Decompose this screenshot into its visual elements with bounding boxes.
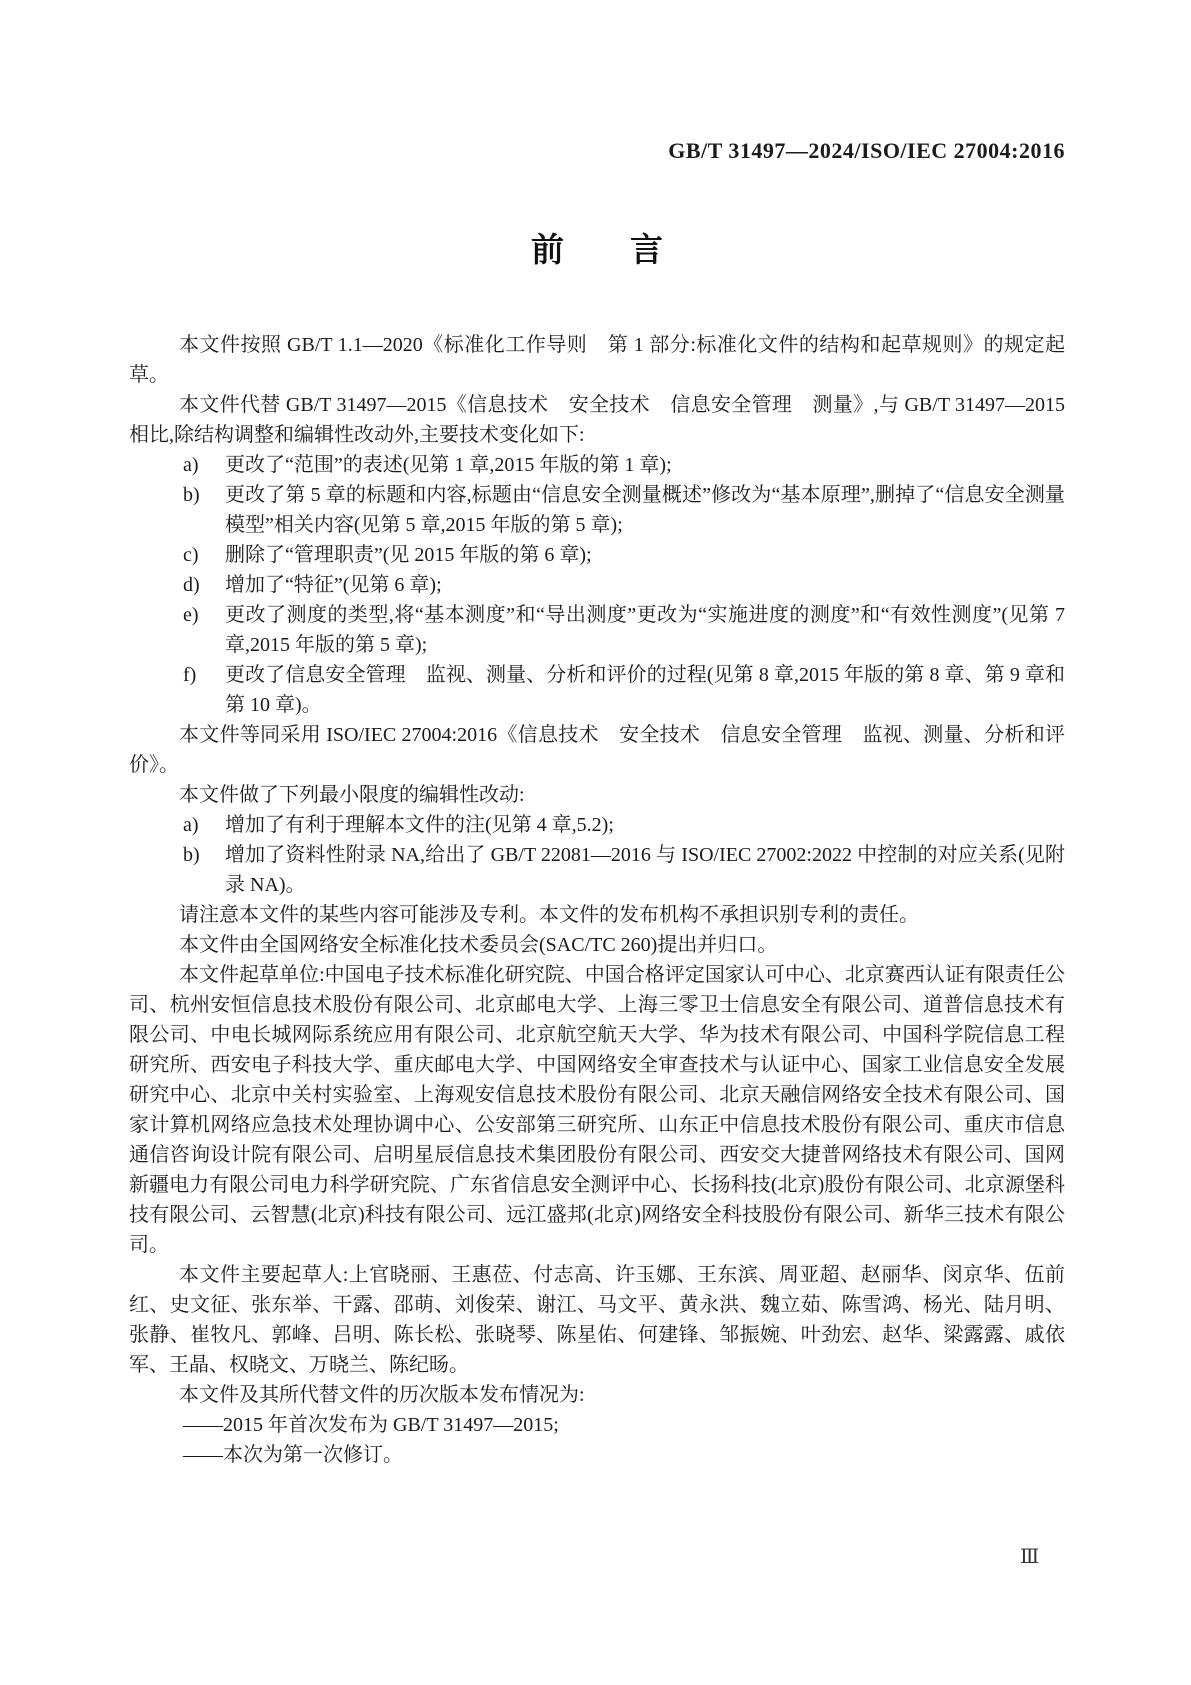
list-item-text: 更改了“范围”的表述(见第 1 章,2015 年版的第 1 章);	[225, 454, 672, 476]
history-item-current-revision: ——本次为第一次修订。	[129, 1440, 1065, 1470]
list-item-label: d)	[183, 570, 200, 600]
change-item-e: e) 更改了测度的类型,将“基本测度”和“导出测度”更改为“实施进度的测度”和“…	[129, 600, 1065, 660]
foreword-body: 本文件按照 GB/T 1.1—2020《标准化工作导则 第 1 部分:标准化文件…	[129, 330, 1065, 1470]
paragraph-history-intro: 本文件及其所代替文件的历次版本发布情况为:	[129, 1380, 1065, 1410]
list-item-label: c)	[183, 540, 199, 570]
list-item-label: f)	[183, 660, 196, 690]
editorial-item-b: b) 增加了资料性附录 NA,给出了 GB/T 22081—2016 与 ISO…	[129, 840, 1065, 900]
list-item-label: b)	[183, 840, 200, 870]
change-item-b: b) 更改了第 5 章的标题和内容,标题由“信息安全测量概述”修改为“基本原理”…	[129, 480, 1065, 540]
list-item-text: 增加了“特征”(见第 6 章);	[225, 574, 442, 596]
list-item-text: 删除了“管理职责”(见 2015 年版的第 6 章);	[225, 544, 592, 566]
standard-number-header: GB/T 31497—2024/ISO/IEC 27004:2016	[129, 138, 1065, 164]
list-item-text: 增加了资料性附录 NA,给出了 GB/T 22081—2016 与 ISO/IE…	[225, 844, 1065, 896]
list-item-text: 增加了有利于理解本文件的注(见第 4 章,5.2);	[225, 814, 614, 836]
document-page: GB/T 31497—2024/ISO/IEC 27004:2016 前 言 本…	[0, 0, 1191, 1685]
change-item-a: a) 更改了“范围”的表述(见第 1 章,2015 年版的第 1 章);	[129, 450, 1065, 480]
paragraph-editorial-intro: 本文件做了下列最小限度的编辑性改动:	[129, 780, 1065, 810]
paragraph-patent-notice: 请注意本文件的某些内容可能涉及专利。本文件的发布机构不承担识别专利的责任。	[129, 900, 1065, 930]
paragraph-committee: 本文件由全国网络安全标准化技术委员会(SAC/TC 260)提出并归口。	[129, 930, 1065, 960]
paragraph-adoption: 本文件等同采用 ISO/IEC 27004:2016《信息技术 安全技术 信息安…	[129, 720, 1065, 780]
change-item-c: c) 删除了“管理职责”(见 2015 年版的第 6 章);	[129, 540, 1065, 570]
paragraph-replaces: 本文件代替 GB/T 31497—2015《信息技术 安全技术 信息安全管理 测…	[129, 390, 1065, 450]
paragraph-drafting-rule: 本文件按照 GB/T 1.1—2020《标准化工作导则 第 1 部分:标准化文件…	[129, 330, 1065, 390]
paragraph-drafters: 本文件主要起草人:上官晓丽、王惠莅、付志高、许玉娜、王东滨、周亚超、赵丽华、闵京…	[129, 1260, 1065, 1380]
list-item-label: b)	[183, 480, 200, 510]
paragraph-drafting-organizations: 本文件起草单位:中国电子技术标准化研究院、中国合格评定国家认可中心、北京赛西认证…	[129, 960, 1065, 1260]
list-item-label: a)	[183, 810, 199, 840]
history-item-2015: ——2015 年首次发布为 GB/T 31497—2015;	[129, 1410, 1065, 1440]
list-item-text: 更改了第 5 章的标题和内容,标题由“信息安全测量概述”修改为“基本原理”,删掉…	[225, 484, 1065, 536]
page-number: Ⅲ	[1020, 1544, 1039, 1569]
list-item-text: 更改了测度的类型,将“基本测度”和“导出测度”更改为“实施进度的测度”和“有效性…	[225, 604, 1065, 656]
change-item-f: f) 更改了信息安全管理 监视、测量、分析和评价的过程(见第 8 章,2015 …	[129, 660, 1065, 720]
editorial-item-a: a) 增加了有利于理解本文件的注(见第 4 章,5.2);	[129, 810, 1065, 840]
list-item-text: 更改了信息安全管理 监视、测量、分析和评价的过程(见第 8 章,2015 年版的…	[225, 664, 1065, 716]
list-item-label: e)	[183, 600, 199, 630]
page-title: 前 言	[129, 224, 1065, 271]
change-item-d: d) 增加了“特征”(见第 6 章);	[129, 570, 1065, 600]
list-item-label: a)	[183, 450, 199, 480]
